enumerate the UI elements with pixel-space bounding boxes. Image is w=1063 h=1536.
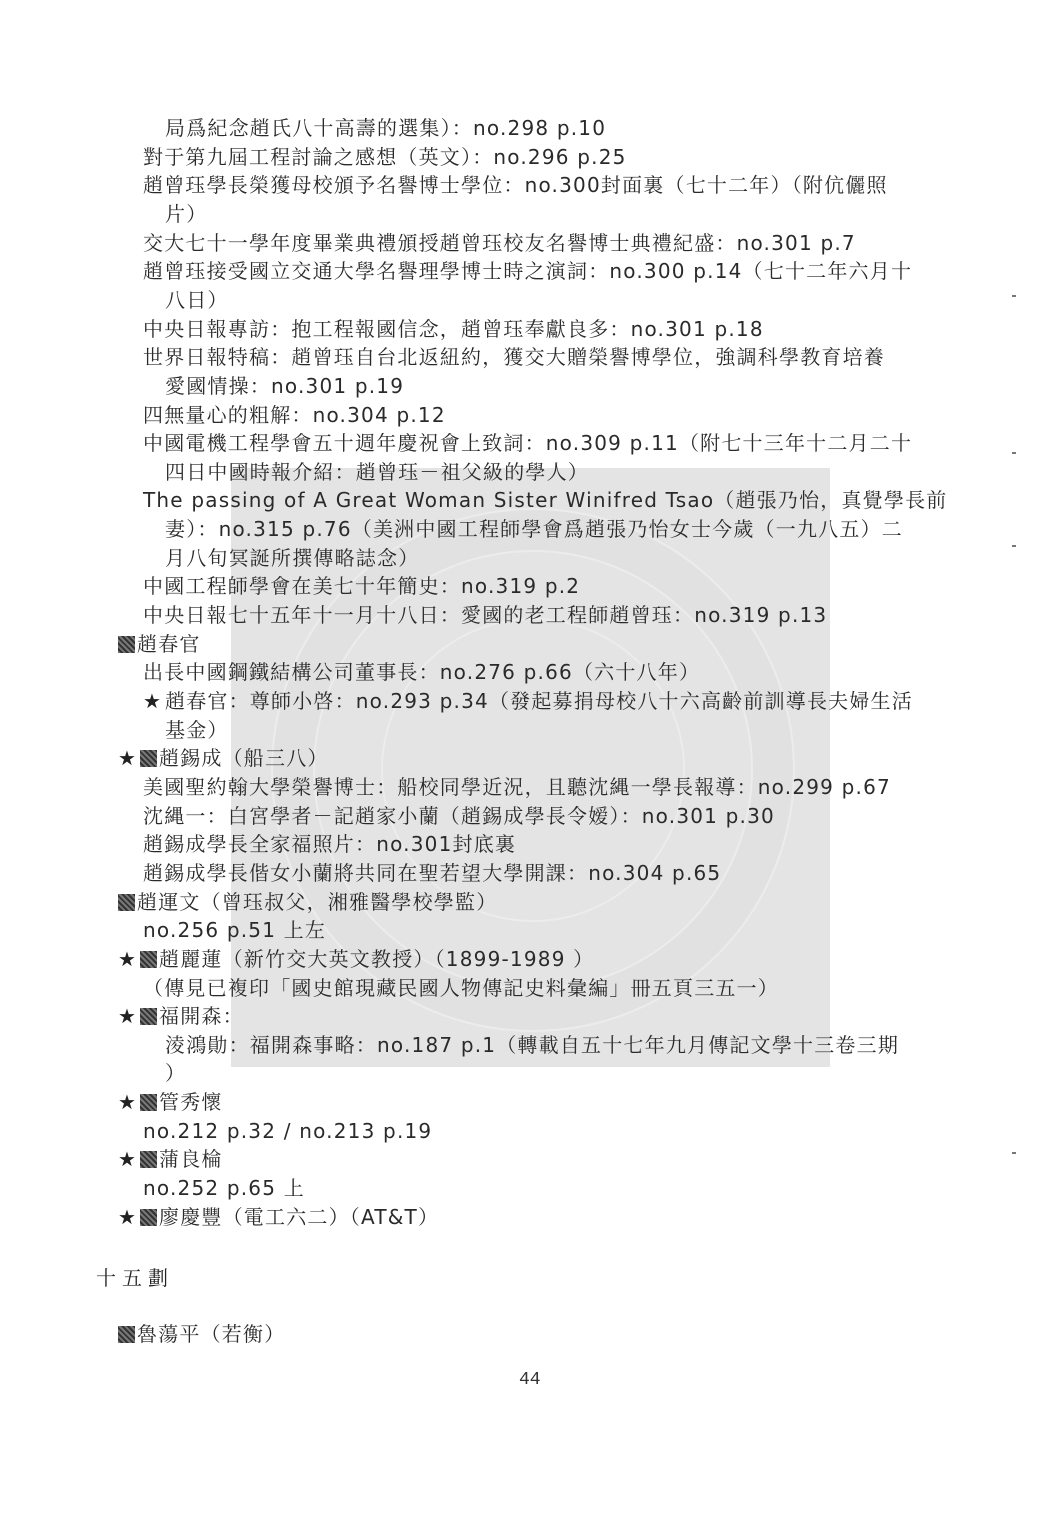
entry-line: 淩鴻勛：福開森事略：no.187 p.1（轉載自五十七年九月傳記文學十三卷三期 xyxy=(165,1033,899,1057)
entry-text: 淩鴻勛：福開森事略：no.187 p.1（轉載自五十七年九月傳記文學十三卷三期 xyxy=(165,1033,899,1057)
name-marker-icon xyxy=(140,1094,157,1111)
entry-heading: ★蒲良棆 xyxy=(118,1147,223,1171)
entry-text: 趙曾珏學長榮獲母校頒予名譽博士學位：no.300封面裏（七十二年）（附伉儷照 xyxy=(143,173,888,197)
entry-heading: ★趙錫成（船三八） xyxy=(118,746,329,770)
name-marker-icon xyxy=(140,750,157,767)
entry-text: 趙曾珏接受國立交通大學名譽理學博士時之演詞：no.300 p.14（七十二年六月… xyxy=(143,259,912,283)
entry-text: 中央日報七十五年十一月十八日：愛國的老工程師趙曾珏：no.319 p.13 xyxy=(143,603,827,627)
entry-text: 魯蕩平（若衡） xyxy=(137,1322,285,1346)
entry-line: 趙錫成學長偕女小蘭將共同在聖若望大學開課：no.304 p.65 xyxy=(143,861,721,885)
entry-text: 福開森： xyxy=(159,1004,244,1028)
entry-text: 廖慶豐（電工六二）（AT&T） xyxy=(159,1205,439,1229)
name-marker-icon xyxy=(140,1209,157,1226)
entry-text: 妻）：no.315 p.76（美洲中國工程師學會爲趙張乃怡女士今歲（一九八五）二 xyxy=(165,517,903,541)
star-icon: ★ xyxy=(118,1205,140,1229)
entry-line: 出長中國鋼鐵結構公司董事長：no.276 p.66（六十八年） xyxy=(143,660,700,684)
entry-heading: ★福開森： xyxy=(118,1004,244,1028)
entry-text: 中國工程師學會在美七十年簡史：no.319 p.2 xyxy=(143,574,580,598)
entry-line: 趙曾珏學長榮獲母校頒予名譽博士學位：no.300封面裏（七十二年）（附伉儷照 xyxy=(143,173,888,197)
star-icon: ★ xyxy=(118,746,140,770)
entry-text: 出長中國鋼鐵結構公司董事長：no.276 p.66（六十八年） xyxy=(143,660,700,684)
scan-speck xyxy=(1012,545,1016,547)
entry-text: 月八旬冥誕所撰傳略誌念） xyxy=(165,546,419,570)
entry-text: 趙麗蓮（新竹交大英文教授）（1899-1989 ） xyxy=(159,947,594,971)
entry-text: 片） xyxy=(165,202,207,226)
entry-heading: 趙春官 xyxy=(118,632,201,656)
entry-line: 世界日報特稿：趙曾珏自台北返紐約，獲交大贈榮譽博學位，強調科學教育培養 xyxy=(143,345,885,369)
section-heading: 十五劃 xyxy=(96,1266,174,1290)
entry-line: 趙錫成學長全家福照片：no.301封底裏 xyxy=(143,832,516,856)
entry-text: 管秀懷 xyxy=(159,1090,223,1114)
star-icon: ★ xyxy=(118,1147,140,1171)
entry-text: 中國電機工程學會五十週年慶祝會上致詞：no.309 p.11（附七十三年十二月二… xyxy=(143,431,912,455)
entry-line: 中國電機工程學會五十週年慶祝會上致詞：no.309 p.11（附七十三年十二月二… xyxy=(143,431,912,455)
entry-line: ） xyxy=(165,1061,186,1085)
entry-text: 趙春官：尊師小啓：no.293 p.34（發起募捐母校八十六高齡前訓導長夫婦生活 xyxy=(165,689,913,713)
name-marker-icon xyxy=(140,951,157,968)
entry-line: 四無量心的粗解：no.304 p.12 xyxy=(143,403,446,427)
entry-line: 局爲紀念趙氏八十高壽的選集）：no.298 p.10 xyxy=(165,116,606,140)
entry-text: 交大七十一學年度畢業典禮頒授趙曾珏校友名譽博士典禮紀盛：no.301 p.7 xyxy=(143,231,856,255)
entry-text: no.212 p.32 / no.213 p.19 xyxy=(143,1119,432,1143)
name-marker-icon xyxy=(118,636,135,653)
name-marker-icon xyxy=(140,1008,157,1025)
entry-text: no.256 p.51 上左 xyxy=(143,918,326,942)
entry-line: （傳見已複印「國史館現藏民國人物傳記史料彙編」冊五頁三五一） xyxy=(143,976,779,1000)
scan-speck xyxy=(1012,452,1016,454)
entry-heading: ★廖慶豐（電工六二）（AT&T） xyxy=(118,1205,439,1229)
star-icon: ★ xyxy=(118,1090,140,1114)
star-icon: ★ xyxy=(143,689,165,713)
entry-line: 月八旬冥誕所撰傳略誌念） xyxy=(165,546,419,570)
entry-line: The passing of A Great Woman Sister Wini… xyxy=(143,488,947,512)
name-marker-icon xyxy=(140,1151,157,1168)
entry-text: 蒲良棆 xyxy=(159,1147,223,1171)
entry-line: 交大七十一學年度畢業典禮頒授趙曾珏校友名譽博士典禮紀盛：no.301 p.7 xyxy=(143,231,856,255)
entry-line: 美國聖約翰大學榮譽博士：船校同學近況，且聽沈縄一學長報導：no.299 p.67 xyxy=(143,775,891,799)
entry-line: 妻）：no.315 p.76（美洲中國工程師學會爲趙張乃怡女士今歲（一九八五）二 xyxy=(165,517,903,541)
entry-line: 對于第九屆工程討論之感想（英文）：no.296 p.25 xyxy=(143,145,627,169)
entry-text: 美國聖約翰大學榮譽博士：船校同學近況，且聽沈縄一學長報導：no.299 p.67 xyxy=(143,775,891,799)
entry-text: 趙運文（曾珏叔父，湘雅醫學校學監） xyxy=(137,890,497,914)
entry-text: 四日中國時報介紹：趙曾珏－祖父級的學人） xyxy=(165,460,589,484)
star-icon: ★ xyxy=(118,1004,140,1028)
entry-text: 基金） xyxy=(165,718,229,742)
entry-text: 中央日報專訪：抱工程報國信念，趙曾珏奉獻良多：no.301 p.18 xyxy=(143,317,764,341)
entry-line: 中國工程師學會在美七十年簡史：no.319 p.2 xyxy=(143,574,580,598)
entry-heading: 魯蕩平（若衡） xyxy=(118,1322,285,1346)
entry-text: 趙錫成學長全家福照片：no.301封底裏 xyxy=(143,832,516,856)
name-marker-icon xyxy=(118,1326,135,1343)
entry-line: 八日） xyxy=(165,288,229,312)
entry-heading: 趙運文（曾珏叔父，湘雅醫學校學監） xyxy=(118,890,497,914)
entry-line: 片） xyxy=(165,202,207,226)
entry-line: no.252 p.65 上 xyxy=(143,1176,305,1200)
entry-heading: ★趙麗蓮（新竹交大英文教授）（1899-1989 ） xyxy=(118,947,594,971)
entry-text: 趙錫成（船三八） xyxy=(159,746,329,770)
entry-text: 愛國情操：no.301 p.19 xyxy=(165,374,404,398)
name-marker-icon xyxy=(118,894,135,911)
scan-speck xyxy=(1012,295,1016,297)
entry-heading: ★管秀懷 xyxy=(118,1090,223,1114)
entry-line: 中央日報專訪：抱工程報國信念，趙曾珏奉獻良多：no.301 p.18 xyxy=(143,317,764,341)
scan-speck xyxy=(1012,1152,1016,1154)
entry-line: 中央日報七十五年十一月十八日：愛國的老工程師趙曾珏：no.319 p.13 xyxy=(143,603,827,627)
entry-line: 愛國情操：no.301 p.19 xyxy=(165,374,404,398)
entry-text: The passing of A Great Woman Sister Wini… xyxy=(143,488,947,512)
entry-text: （傳見已複印「國史館現藏民國人物傳記史料彙編」冊五頁三五一） xyxy=(143,976,779,1000)
entry-text: 八日） xyxy=(165,288,229,312)
entry-text: 趙錫成學長偕女小蘭將共同在聖若望大學開課：no.304 p.65 xyxy=(143,861,721,885)
entry-line: 四日中國時報介紹：趙曾珏－祖父級的學人） xyxy=(165,460,589,484)
entry-line: no.256 p.51 上左 xyxy=(143,918,326,942)
entry-text: 局爲紀念趙氏八十高壽的選集）：no.298 p.10 xyxy=(165,116,606,140)
entry-text: 四無量心的粗解：no.304 p.12 xyxy=(143,403,446,427)
entry-line: 趙曾珏接受國立交通大學名譽理學博士時之演詞：no.300 p.14（七十二年六月… xyxy=(143,259,912,283)
entry-heading: ★趙春官：尊師小啓：no.293 p.34（發起募捐母校八十六高齡前訓導長夫婦生… xyxy=(143,689,913,713)
entry-text: 對于第九屆工程討論之感想（英文）：no.296 p.25 xyxy=(143,145,627,169)
entry-text: 沈縄一：白宮學者－記趙家小蘭（趙錫成學長令嫒）：no.301 p.30 xyxy=(143,804,775,828)
entry-line: 基金） xyxy=(165,718,229,742)
entry-text: 世界日報特稿：趙曾珏自台北返紐約，獲交大贈榮譽博學位，強調科學教育培養 xyxy=(143,345,885,369)
entry-line: 沈縄一：白宮學者－記趙家小蘭（趙錫成學長令嫒）：no.301 p.30 xyxy=(143,804,775,828)
entry-text: 趙春官 xyxy=(137,632,201,656)
page-number: 44 xyxy=(519,1370,541,1390)
entry-text: no.252 p.65 上 xyxy=(143,1176,305,1200)
star-icon: ★ xyxy=(118,947,140,971)
entry-line: no.212 p.32 / no.213 p.19 xyxy=(143,1119,432,1143)
entry-text: ） xyxy=(165,1061,186,1085)
